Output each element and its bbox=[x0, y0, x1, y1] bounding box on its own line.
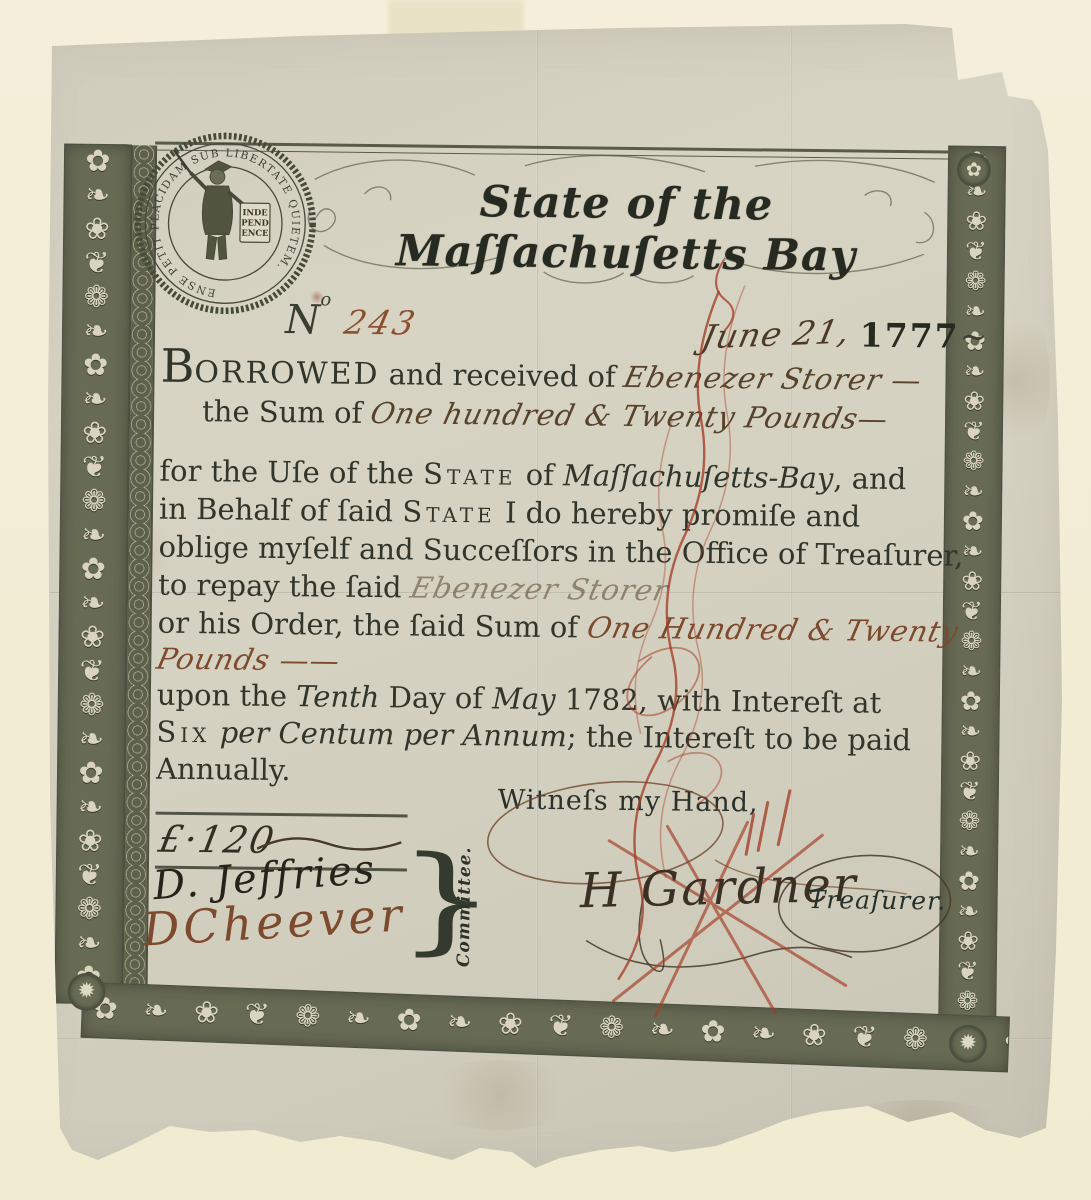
corner-rosette-icon: ✹ bbox=[951, 1027, 985, 1061]
svg-text:INDE: INDE bbox=[242, 207, 267, 217]
certificate-number: No 243 bbox=[285, 289, 417, 344]
number-superscript: o bbox=[320, 289, 332, 310]
seal-scroll: INDE PEND ENCE bbox=[240, 203, 270, 242]
drop-cap: B bbox=[160, 339, 194, 393]
committee-label: Committee. bbox=[454, 846, 475, 967]
date-flourish: ~ bbox=[959, 317, 987, 356]
corner-rosette-icon: ✿ bbox=[959, 155, 989, 185]
number-prefix: N bbox=[285, 297, 321, 343]
pounds-handwritten: Pounds —— bbox=[154, 642, 344, 678]
printed-certificate: ✿ ❧ ❀ ❦ ❁ ❧ ✿ ❧ ❀ ❦ ❁ ❧ ✿ ❧ ❀ ❦ ❁ ❧ ✿ ❧ … bbox=[0, 0, 1091, 1200]
committee-brace: } bbox=[396, 841, 497, 958]
scanned-document: ✿ ❧ ❀ ❦ ❁ ❧ ✿ ❧ ❀ ❦ ❁ ❧ ✿ ❧ ❀ ❦ ❁ ❧ ✿ ❧ … bbox=[0, 0, 1091, 1200]
number-value: 243 bbox=[340, 303, 421, 343]
certificate-paper: ✿ ❧ ❀ ❦ ❁ ❧ ✿ ❧ ❀ ❦ ❁ ❧ ✿ ❧ ❀ ❦ ❁ ❧ ✿ ❧ … bbox=[0, 0, 1091, 1200]
treasurer-label: Treaſurer. bbox=[808, 885, 946, 916]
svg-text:PEND: PEND bbox=[241, 217, 269, 227]
svg-text:ENCE: ENCE bbox=[241, 228, 268, 238]
amount-rule-top bbox=[156, 812, 408, 818]
left-floral-border: ✿ ❧ ❀ ❦ ❁ ❧ ✿ ❧ ❀ ❦ ❁ ❧ ✿ ❧ ❀ ❦ ❁ ❧ ✿ ❧ … bbox=[55, 145, 131, 1004]
corner-rosette-icon: ✹ bbox=[69, 975, 103, 1009]
